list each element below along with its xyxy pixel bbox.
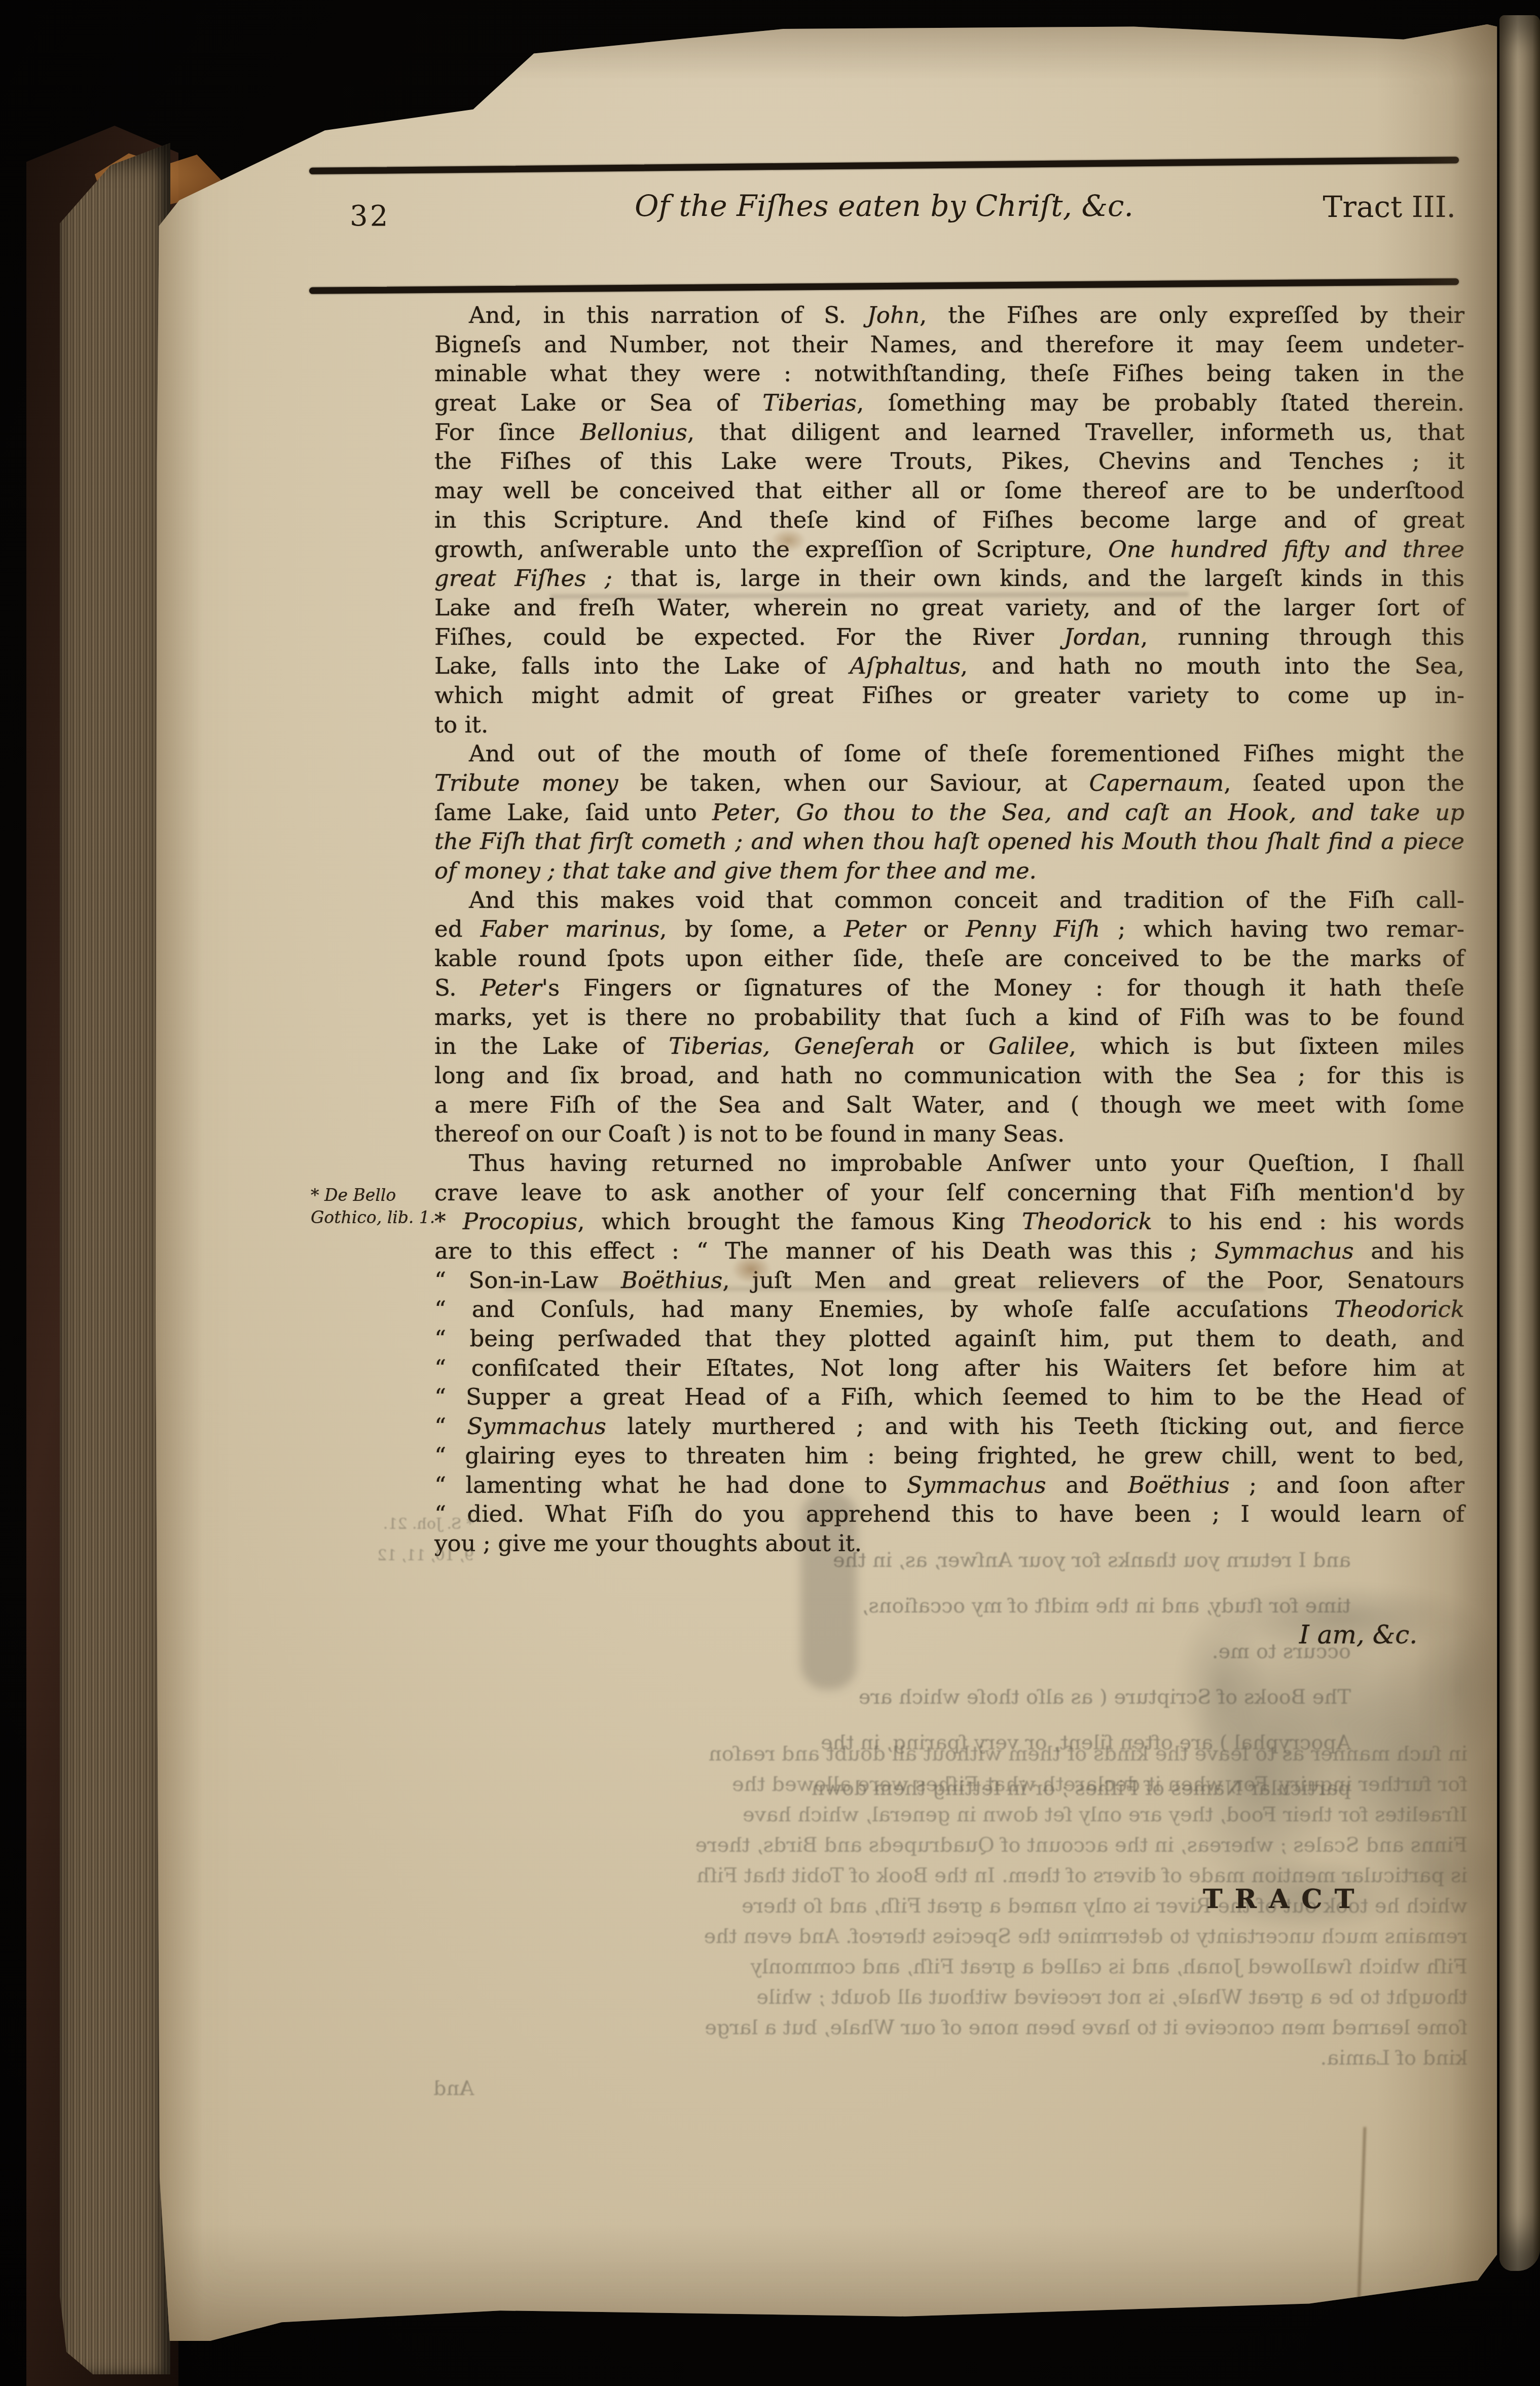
text-line: to it.	[434, 710, 1464, 740]
roman-text: , running through this	[1141, 623, 1464, 650]
italic-text: John	[867, 302, 920, 328]
text-line: For ſince Bellonius, that diligent and l…	[434, 418, 1464, 447]
section-label: Tract III.	[1323, 190, 1456, 224]
roman-text: thereof on our Coaſt ) is not to be foun…	[434, 1120, 1065, 1147]
roman-text: or	[905, 915, 966, 942]
roman-text: “ died. What Fiſh do you apprehend this …	[434, 1500, 1464, 1527]
italic-text: Symmachus	[1215, 1237, 1354, 1264]
italic-text: Faber marinus	[481, 915, 660, 942]
catchword: TRACT	[1203, 1884, 1366, 1915]
text-line: growth, anſwerable unto the expreſſion o…	[434, 535, 1464, 564]
text-line: the Fiſh that firſt cometh ; and when th…	[434, 827, 1464, 856]
body-text: And, in this narration of S. John, the F…	[434, 301, 1464, 1558]
showthrough-line: for further inquiry. For, when it declar…	[433, 1769, 1468, 1800]
italic-text: Galilee	[988, 1033, 1069, 1059]
text-line: * Procopius, which brought the famous Ki…	[434, 1207, 1464, 1236]
text-line: which might admit of great Fiſhes or gre…	[434, 681, 1464, 710]
margin-note-line: Gothico, lib. 1.	[311, 1206, 448, 1229]
showthrough-line: Finns and Scales ; whereas, in the accou…	[433, 1830, 1468, 1860]
roman-text: 's Fingers or ſignatures of the Money : …	[542, 974, 1464, 1001]
roman-text: crave leave to ask another of your ſelf …	[434, 1179, 1464, 1206]
roman-text: ; and ſoon after	[1230, 1472, 1464, 1498]
text-line: “ confiſcated their Eſtates, Not long af…	[434, 1353, 1464, 1383]
roman-text: “ and Conſuls, had many Enemies, by whoſ…	[434, 1296, 1334, 1323]
roman-text: ; which having two remar-	[1100, 915, 1464, 942]
text-line: a mere Fiſh of the Sea and Salt Water, a…	[434, 1090, 1464, 1120]
text-line: are to this effect : “ The manner of his…	[434, 1236, 1464, 1266]
roman-text: long and ſix broad, and hath no communic…	[434, 1062, 1464, 1089]
ghost-margin-note-line: 9, 10, 11, 12	[317, 1540, 474, 1571]
italic-text: Boëthius	[621, 1267, 722, 1294]
running-title: Of the Fiſhes eaten by Chriſt, &c.	[309, 189, 1459, 223]
showthrough-line: in ſuch manner as to leave the kinds of …	[433, 1739, 1468, 1769]
text-line: in the Lake of Tiberias, Geneſerah or Ga…	[434, 1032, 1464, 1061]
italic-text: Peter	[844, 915, 905, 942]
italic-text: Symmachus	[907, 1472, 1046, 1498]
text-line: “ being perſwaded that they plotted agai…	[434, 1324, 1464, 1353]
roman-text: growth, anſwerable unto the expreſſion o…	[434, 536, 1108, 563]
page-header: 32 Of the Fiſhes eaten by Chriſt, &c. Tr…	[309, 186, 1459, 262]
roman-text: “ lamenting what he had done to	[434, 1472, 907, 1498]
italic-text: Theodorick	[1022, 1208, 1152, 1235]
showthrough-line: ſome learned men conceive it to have bee…	[433, 2012, 1468, 2043]
text-line: And, in this narration of S. John, the F…	[434, 301, 1464, 330]
roman-text: , the Fiſhes are only expreſſed by their	[920, 302, 1464, 328]
showthrough-line: Fiſh which ſwallowed Jonah, and is calle…	[433, 1952, 1468, 1982]
roman-text: to his end : his words	[1152, 1208, 1464, 1235]
showthrough-line: And	[433, 2073, 1468, 2104]
roman-text: “	[434, 1413, 467, 1440]
roman-text: , ſomething may be probably ſtated there…	[857, 389, 1464, 416]
roman-text: , juſt Men and great relievers of the Po…	[722, 1267, 1464, 1294]
text-line: crave leave to ask another of your ſelf …	[434, 1178, 1464, 1207]
text-line: Thus having returned no improbable Anſwe…	[434, 1149, 1464, 1178]
roman-text: , which is but ſixteen miles	[1069, 1033, 1464, 1059]
italic-text: Aſphaltus	[850, 652, 960, 679]
text-line: “ Supper a great Head of a Fiſh, which ſ…	[434, 1382, 1464, 1412]
showthrough-line: Iſraelites for their Food, they are only…	[433, 1800, 1468, 1830]
italic-text: great Fiſhes ;	[434, 565, 612, 592]
header-rule-top	[309, 157, 1459, 174]
roman-text: And out of the mouth of ſome of theſe fo…	[469, 740, 1464, 767]
roman-text: which might admit of great Fiſhes or gre…	[434, 682, 1464, 709]
ghost-margin-note-line: * S. Joh. 21.	[317, 1509, 474, 1540]
roman-text: that is, large in their own kinds, and t…	[612, 565, 1464, 592]
italic-text: Tiberias, Geneſerah	[669, 1033, 915, 1059]
roman-text: And this makes void that common conceit …	[469, 887, 1464, 913]
text-line: Tribute money be taken, when our Saviour…	[434, 768, 1464, 798]
margin-note-line: * De Bello	[311, 1184, 448, 1206]
italic-text: the Fiſh that firſt cometh ; and when th…	[434, 828, 1464, 855]
showthrough-line: time for ſtudy, and in the midſt of my o…	[575, 1583, 1351, 1629]
italic-text: Jordan	[1064, 623, 1141, 650]
roman-text: a mere Fiſh of the Sea and Salt Water, a…	[434, 1091, 1464, 1118]
roman-text: minable what they were : notwithſtanding…	[434, 360, 1464, 387]
italic-text: Penny Fiſh	[966, 915, 1100, 942]
roman-text: ſame Lake, ſaid unto	[434, 799, 712, 826]
page-block-fore-edge	[60, 143, 170, 2374]
showthrough-line: and I return you thanks for your Anſwer,…	[575, 1537, 1351, 1583]
text-line: “ and Conſuls, had many Enemies, by whoſ…	[434, 1295, 1464, 1324]
italic-text: Boëthius	[1128, 1472, 1229, 1498]
italic-text: Symmachus	[467, 1413, 606, 1440]
roman-text: to it.	[434, 711, 488, 738]
roman-text: be taken, when our Saviour, at	[618, 769, 1089, 796]
closing-line: I am, &c.	[1299, 1620, 1417, 1649]
showthrough-line: occurs to me.	[575, 1629, 1351, 1674]
roman-text: Thus having returned no improbable Anſwe…	[469, 1150, 1464, 1177]
roman-text: ed	[434, 915, 481, 942]
text-line: may well be conceived that either all or…	[434, 476, 1464, 505]
roman-text: kable round ſpots upon either ſide, theſ…	[434, 945, 1464, 972]
roman-text: , by ſome, a	[659, 915, 844, 942]
italic-text: Tiberias	[762, 389, 857, 416]
roman-text: , which brought the famous King	[577, 1208, 1022, 1235]
roman-text: S.	[434, 974, 480, 1001]
text-line: ſame Lake, ſaid unto Peter, Go thou to t…	[434, 798, 1464, 827]
text-line: the Fiſhes of this Lake were Trouts, Pik…	[434, 447, 1464, 476]
roman-text: , ſeated upon the	[1224, 769, 1464, 796]
text-line: minable what they were : notwithſtanding…	[434, 359, 1464, 388]
roman-text: “ glairing eyes to threaten him : being …	[434, 1442, 1464, 1469]
text-line: And out of the mouth of ſome of theſe fo…	[434, 739, 1464, 768]
roman-text: may well be conceived that either all or…	[434, 477, 1464, 504]
text-line: great Lake or Sea of Tiberias, ſomething…	[434, 388, 1464, 418]
text-line: ed Faber marinus, by ſome, a Peter or Pe…	[434, 914, 1464, 944]
showthrough-text-lower: in ſuch manner as to leave the kinds of …	[433, 1739, 1468, 2104]
text-line: kable round ſpots upon either ſide, theſ…	[434, 944, 1464, 973]
text-line: Lake and freſh Water, wherein no great v…	[434, 593, 1464, 622]
roman-text: , that diligent and learned Traveller, i…	[687, 419, 1464, 446]
italic-text: Bellonius	[580, 419, 687, 446]
text-line: “ Symmachus lately murthered ; and with …	[434, 1412, 1464, 1441]
header-rule-bottom	[309, 278, 1459, 294]
italic-text: Procopius	[463, 1208, 577, 1235]
text-line: “ glairing eyes to threaten him : being …	[434, 1441, 1464, 1471]
roman-text: “ being perſwaded that they plotted agai…	[434, 1325, 1464, 1352]
margin-note-de-bello: * De Bello Gothico, lib. 1.	[311, 1184, 448, 1229]
roman-text: marks, yet is there no probability that …	[434, 1004, 1464, 1031]
text-line: Bigneſs and Number, not their Names, and…	[434, 330, 1464, 359]
roman-text: “ confiſcated their Eſtates, Not long af…	[434, 1354, 1464, 1381]
roman-text: And, in this narration of S.	[469, 302, 867, 328]
roman-text: and	[1046, 1472, 1128, 1498]
text-line: “ lamenting what he had done to Symmachu…	[434, 1471, 1464, 1500]
roman-text: lately murthered ; and with his Teeth ſt…	[606, 1413, 1464, 1440]
italic-text: Tribute money	[434, 769, 618, 796]
italic-text: Peter	[712, 799, 774, 826]
showthrough-line: The Books of Scripture ( as alſo thoſe w…	[575, 1674, 1351, 1720]
text-line: And this makes void that common conceit …	[434, 886, 1464, 915]
text-line: of money ; that take and give them for t…	[434, 856, 1464, 886]
roman-text: Lake, falls into the Lake of	[434, 652, 850, 679]
roman-text: in this Scripture. And theſe kind of Fiſ…	[434, 506, 1464, 533]
italic-text: of money ; that take and give them for t…	[434, 857, 1037, 884]
text-line: “ died. What Fiſh do you apprehend this …	[434, 1499, 1464, 1529]
showthrough-line: thought to be a great Whale, is not rece…	[433, 1982, 1468, 2012]
roman-text: “ Supper a great Head of a Fiſh, which ſ…	[434, 1383, 1464, 1410]
ghost-margin-note: * S. Joh. 21. 9, 10, 11, 12	[317, 1509, 474, 1571]
text-line: thereof on our Coaſt ) is not to be foun…	[434, 1119, 1464, 1149]
roman-text: or	[915, 1033, 988, 1059]
showthrough-line: remains much uncertainty to determine th…	[433, 1921, 1468, 1952]
roman-text: Bigneſs and Number, not their Names, and…	[434, 331, 1464, 358]
text-line: long and ſix broad, and hath no communic…	[434, 1061, 1464, 1090]
roman-text: are to this effect : “ The manner of his…	[434, 1237, 1215, 1264]
roman-text: and his	[1354, 1237, 1464, 1264]
roman-text: , and hath no mouth into the Sea,	[961, 652, 1464, 679]
roman-text: “ Son-in-Law	[434, 1267, 621, 1294]
italic-text: Capernaum	[1089, 769, 1224, 796]
roman-text: the Fiſhes of this Lake were Trouts, Pik…	[434, 448, 1464, 474]
text-line: Lake, falls into the Lake of Aſphaltus, …	[434, 651, 1464, 681]
roman-text: ,	[774, 799, 796, 826]
curled-page-edge	[1499, 15, 1540, 2271]
showthrough-line: kind of Lamia.	[433, 2043, 1468, 2073]
italic-text: Theodorick	[1334, 1296, 1464, 1323]
text-line: marks, yet is there no probability that …	[434, 1003, 1464, 1032]
book-page: 32 Of the Fiſhes eaten by Chriſt, &c. Tr…	[150, 9, 1498, 2341]
text-line: great Fiſhes ; that is, large in their o…	[434, 564, 1464, 593]
roman-text: in the Lake of	[434, 1033, 669, 1059]
italic-text: Peter	[480, 974, 541, 1001]
roman-text: great Lake or Sea of	[434, 389, 762, 416]
italic-text: One hundred fifty and three	[1108, 536, 1464, 563]
text-line: in this Scripture. And theſe kind of Fiſ…	[434, 505, 1464, 535]
italic-text: Go thou to the Sea, and caſt an Hook, an…	[796, 799, 1464, 826]
roman-text: For ſince	[434, 419, 580, 446]
roman-text: Lake and freſh Water, wherein no great v…	[434, 594, 1464, 621]
text-line: “ Son-in-Law Boëthius, juſt Men and grea…	[434, 1266, 1464, 1295]
text-line: Fiſhes, could be expected. For the River…	[434, 622, 1464, 652]
roman-text: Fiſhes, could be expected. For the River	[434, 623, 1064, 650]
text-line: S. Peter's Fingers or ſignatures of the …	[434, 973, 1464, 1003]
